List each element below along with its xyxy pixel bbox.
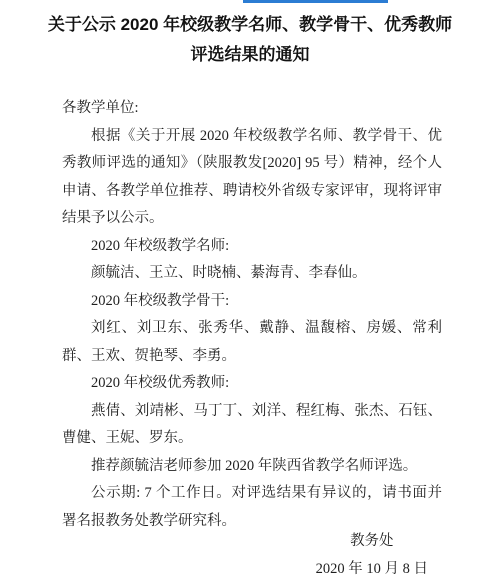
paragraph: 2020 年校级优秀教师: <box>62 370 442 398</box>
salutation: 各教学单位: <box>62 95 442 123</box>
paragraph: 根据《关于开展 2020 年校级教学名师、教学骨干、优秀教师评选的通知》（陕服教… <box>62 123 442 233</box>
paragraph: 颜毓洁、王立、时晓楠、綦海青、李春仙。 <box>62 260 442 288</box>
signature-block: 教务处 2020 年 10 月 8 日 <box>316 528 428 583</box>
paragraph: 公示期: 7 个工作日。对评选结果有异议的，请书面并署名报教务处教学研究科。 <box>62 480 442 535</box>
signature-date: 2020 年 10 月 8 日 <box>316 556 428 583</box>
signature-org: 教务处 <box>316 528 428 556</box>
paragraph: 燕倩、刘靖彬、马丁丁、刘洋、程红梅、张杰、石钰、曹健、王妮、罗东。 <box>62 398 442 453</box>
top-blue-line <box>243 0 388 3</box>
document-body: 根据《关于开展 2020 年校级教学名师、教学骨干、优秀教师评选的通知》（陕服教… <box>62 123 442 536</box>
paragraph: 2020 年校级教学名师: <box>62 233 442 261</box>
paragraph: 推荐颜毓洁老师参加 2020 年陕西省教学名师评选。 <box>62 453 442 481</box>
notice-document: 关于公示 2020 年校级教学名师、教学骨干、优秀教师评选结果的通知 各教学单位… <box>0 0 500 583</box>
page-title: 关于公示 2020 年校级教学名师、教学骨干、优秀教师评选结果的通知 <box>42 10 458 70</box>
paragraph: 2020 年校级教学骨干: <box>62 288 442 316</box>
paragraph: 刘红、刘卫东、张秀华、戴静、温馥榕、房媛、常利群、王欢、贺艳琴、李勇。 <box>62 315 442 370</box>
